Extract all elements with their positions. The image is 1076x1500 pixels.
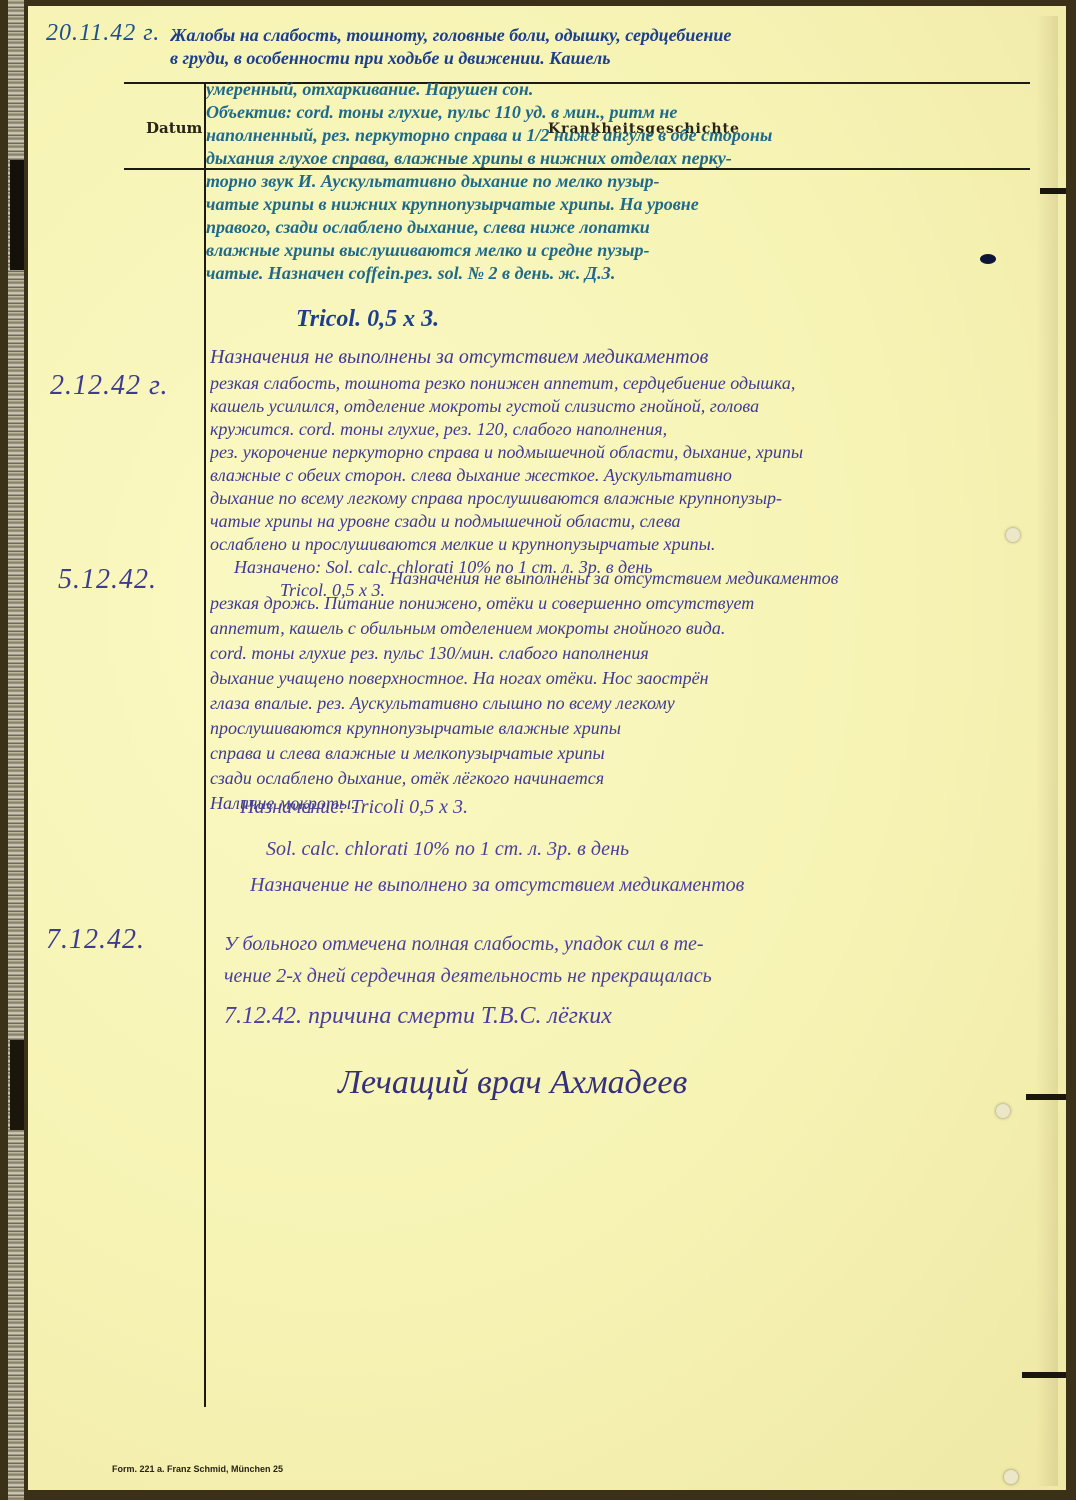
- form-footer: Form. 221 a. Franz Schmid, München 25: [112, 1464, 283, 1474]
- margin-tick: [1026, 1094, 1066, 1100]
- punch-hole: [1004, 1470, 1018, 1484]
- prescription-line: Sol. calc. chlorati 10% по 1 ст. л. 3р. …: [266, 838, 1076, 861]
- entry-date: 5.12.42.: [58, 564, 157, 596]
- entry-date: 7.12.42.: [46, 924, 145, 956]
- entry-text: Назначения не выполнены за отсутствием м…: [210, 566, 1050, 816]
- entry-text: умеренный, отхаркивание. Нарушен сон. Об…: [206, 78, 1046, 285]
- binding-shadow: [10, 160, 24, 270]
- datum-header: Datum: [146, 119, 202, 137]
- entry-text: Назначения не выполнены за отсутствием м…: [210, 346, 1050, 602]
- prescription-line: Назначение не выполнено за отсутствием м…: [250, 874, 1060, 897]
- entry-text: У больного отмечена полная слабость, упа…: [224, 928, 1044, 1032]
- entry-date: 2.12.42 г.: [50, 370, 169, 402]
- document-page: Datum Krankheitsgeschichte 20.11.42 г. Ж…: [28, 6, 1066, 1490]
- punch-hole: [996, 1104, 1010, 1118]
- prescription-line: Назначение: Tricoli 0,5 х 3.: [240, 796, 1050, 819]
- entry-text: Жалобы на слабость, тошноту, головные бо…: [170, 24, 1050, 70]
- punch-hole: [1006, 528, 1020, 542]
- binding-shadow: [10, 1040, 24, 1130]
- margin-tick: [1040, 188, 1066, 194]
- entry-date: 20.11.42 г.: [46, 20, 160, 47]
- doctor-signature: Лечащий врач Ахмадеев: [338, 1064, 687, 1102]
- margin-tick: [1022, 1372, 1066, 1378]
- entry-prescription: Tricol. 0,5 х 3.: [296, 308, 1076, 331]
- ink-blot: [980, 254, 996, 264]
